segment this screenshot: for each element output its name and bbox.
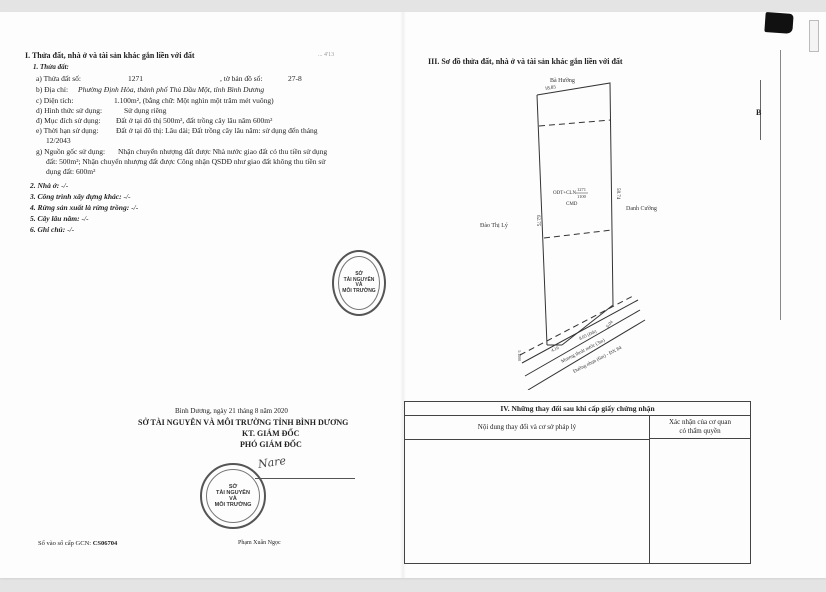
signing-date: Bình Dương, ngày 21 tháng 8 năm 2020: [175, 407, 288, 415]
signature-stroke: [255, 478, 355, 479]
sub1-title: 1. Thửa đất:: [33, 63, 69, 71]
item-notes: 6. Ghi chú: -/-: [30, 225, 74, 234]
row-usage-origin-cont2: dụng đất: 600m²: [46, 167, 95, 176]
registry-number: Số vào sổ cấp GCN: CS06704: [38, 540, 117, 547]
item-forest: 4. Rừng sản xuất là rừng trồng: -/-: [30, 203, 138, 212]
scale-label: 1:1000: [517, 350, 522, 361]
left-length: 62.75: [535, 215, 540, 227]
row-usage-purpose: đ) Mục đích sử dụng:Đất ở tại đô thị 500…: [36, 116, 272, 125]
ink-blot: [764, 12, 793, 34]
row-address: b) Địa chỉ:Phường Định Hòa, thành phố Th…: [36, 85, 264, 94]
right-length: 58.74: [615, 188, 620, 200]
row-usage-form: d) Hình thức sử dụng:Sử dụng riêng: [36, 106, 166, 115]
row-usage-origin: g) Nguồn gốc sử dụng:Nhận chuyển nhượng …: [36, 147, 327, 156]
parcel-area: 1100: [577, 194, 587, 199]
changes-col-confirmation: Xác nhận của cơ quan có thẩm quyền: [650, 415, 750, 439]
issuing-organization: SỞ TÀI NGUYÊN VÀ MÔI TRƯỜNG TỈNH BÌNH DƯ…: [138, 418, 348, 427]
east-neighbor: Danh Cường: [626, 206, 657, 212]
item-perennial-trees: 5. Cây lâu năm: -/-: [30, 214, 89, 223]
row-usage-term-cont: 12/2043: [46, 136, 71, 145]
corner-note: ... 4'13: [318, 52, 334, 58]
parcel-code: ODT+CLN: [553, 191, 576, 196]
row-area: c) Diện tích:1.100m², (bằng chữ: Một ngh…: [36, 96, 274, 105]
bottom-right-length: 6.04: [605, 319, 614, 329]
seal-stamp: SỞ TÀI NGUYÊN VÀ MÔI TRƯỜNG: [200, 463, 266, 529]
row-usage-origin-cont: đất: 500m²; Nhận chuyển nhượng đất được …: [46, 157, 325, 166]
seal-stamp-small: SỞ TÀI NGUYÊN VÀ MÔI TRƯỜNG: [332, 250, 386, 316]
item-other-construction: 3. Công trình xây dựng khác: -/-: [30, 192, 131, 201]
bottom-left-length: 4.16: [550, 345, 560, 353]
changes-col-content: Nội dung thay đổi và cơ sở pháp lý: [405, 415, 650, 440]
west-neighbor: Đào Thị Lý: [480, 223, 508, 229]
changes-table: IV. Những thay đổi sau khi cấp giấy chứn…: [404, 401, 751, 564]
changes-content-cell: [405, 440, 650, 563]
top-length: 18.85: [545, 85, 557, 92]
margin-rule: [780, 50, 781, 320]
row-parcel-number: a) Thửa đất số:1271, tờ bản đồ số:27-8: [36, 74, 302, 83]
signer-title-2: PHÓ GIÁM ĐỐC: [240, 440, 302, 449]
margin-mark: B: [756, 108, 761, 117]
item-house: 2. Nhà ở: -/-: [30, 181, 68, 190]
signer-title-1: KT. GIÁM ĐỐC: [242, 429, 299, 438]
signer-name: Phạm Xuân Ngọc: [238, 540, 281, 546]
north-neighbor: Bà Hường: [550, 78, 575, 84]
section1-title: I. Thửa đất, nhà ở và tài sản khác gắn l…: [25, 51, 195, 60]
parcel-diagram: Bà Hường 18.85 Đào Thị Lý Danh Cường 62.…: [400, 60, 700, 390]
parcel-number: 1271: [577, 187, 586, 192]
changes-table-title: IV. Những thay đổi sau khi cấp giấy chứn…: [405, 402, 750, 416]
changes-confirmation-cell: [650, 440, 750, 563]
row-usage-term: e) Thời hạn sử dụng:Đất ở tại đô thị: Lâ…: [36, 126, 318, 135]
margin-label-strip: [809, 20, 819, 52]
parcel-sub: CMD: [566, 202, 578, 207]
